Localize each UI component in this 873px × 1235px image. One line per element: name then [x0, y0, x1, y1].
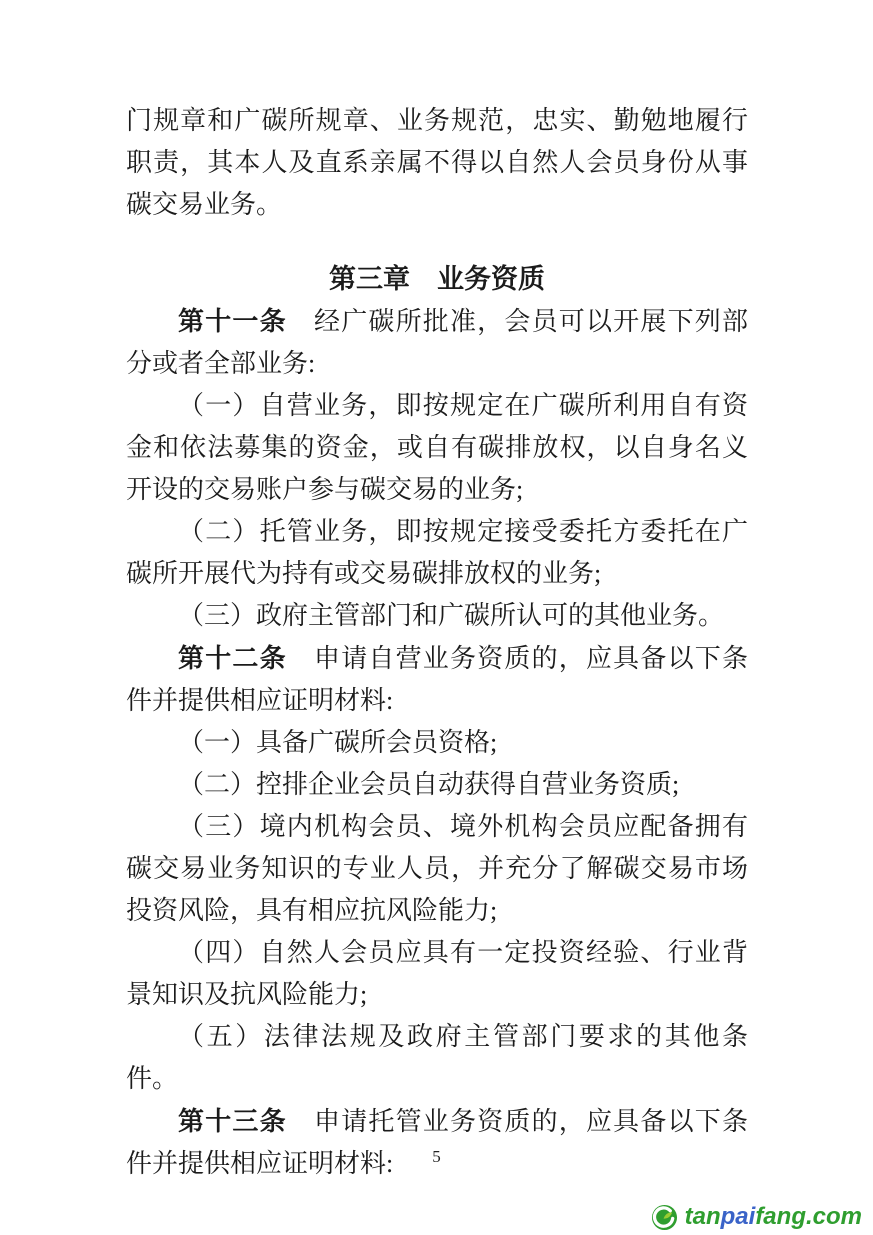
- paragraph: 门规章和广碳所规章、业务规范，忠实、勤勉地履行职责，其本人及直系亲属不得以自然人…: [126, 100, 748, 226]
- article-number: 第十二条: [178, 643, 287, 673]
- page-number: 5: [0, 1147, 873, 1167]
- tanpaifang-logo-text: tanpaifang.com: [685, 1203, 862, 1231]
- paragraph: （二）托管业务，即按规定接受委托方委托在广碳所开展代为持有或交易碳排放权的业务;: [126, 511, 748, 595]
- logo-text-part: fang.com: [755, 1203, 862, 1230]
- paragraph: （三）境内机构会员、境外机构会员应配备拥有碳交易业务知识的专业人员，并充分了解碳…: [126, 806, 748, 932]
- document-body: 门规章和广碳所规章、业务规范，忠实、勤勉地履行职责，其本人及直系亲属不得以自然人…: [126, 100, 748, 1185]
- paragraph: （一）具备广碳所会员资格;: [126, 722, 748, 764]
- paragraph: 第十一条 经广碳所批准，会员可以开展下列部分或者全部业务:: [126, 300, 748, 385]
- recycle-leaf-icon: [651, 1204, 678, 1231]
- chapter-heading: 第三章 业务资质: [126, 258, 748, 300]
- paragraph: （三）政府主管部门和广碳所认可的其他业务。: [126, 595, 748, 637]
- paragraph: 第十二条 申请自营业务资质的，应具备以下条件并提供相应证明材料:: [126, 637, 748, 722]
- paragraph: （五）法律法规及政府主管部门要求的其他条件。: [126, 1016, 748, 1100]
- article-number: 第十一条: [178, 306, 287, 336]
- logo-text-part: pai: [721, 1203, 756, 1230]
- tanpaifang-logo[interactable]: tanpaifang.com: [651, 1203, 862, 1231]
- paragraph: 第十三条 申请托管业务资质的，应具备以下条件并提供相应证明材料:: [126, 1100, 748, 1185]
- paragraph: （四）自然人会员应具有一定投资经验、行业背景知识及抗风险能力;: [126, 932, 748, 1016]
- logo-text-part: tan: [685, 1203, 721, 1230]
- article-number: 第十三条: [178, 1106, 287, 1136]
- paragraph: （一）自营业务，即按规定在广碳所利用自有资金和依法募集的资金，或自有碳排放权，以…: [126, 385, 748, 511]
- paragraph: （二）控排企业会员自动获得自营业务资质;: [126, 764, 748, 806]
- document-page: 门规章和广碳所规章、业务规范，忠实、勤勉地履行职责，其本人及直系亲属不得以自然人…: [0, 0, 873, 1235]
